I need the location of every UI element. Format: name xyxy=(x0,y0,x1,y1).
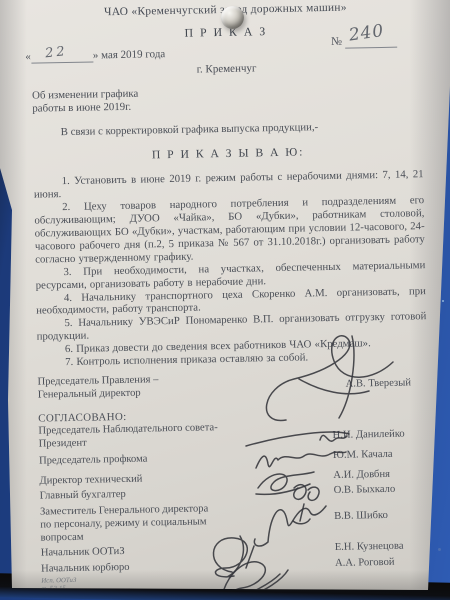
command-word: П Р И К А З Ы В А Ю: xyxy=(33,145,423,165)
signature-title: Председатель Правления – Генеральный дир… xyxy=(37,372,287,403)
board-speck xyxy=(438,548,441,551)
order-items: 1. Установить в июне 2019 г. режим работ… xyxy=(34,169,428,370)
signature-title: Главный бухгалтер xyxy=(40,486,290,504)
signer-name: Ю.М. Качала xyxy=(333,449,393,463)
paper-sheet: ЧАО «Кременчугский завод дорожных машин»… xyxy=(0,0,450,600)
signature-row-profkom: Председатель профкома Ю.М. Качала xyxy=(39,449,429,469)
handwritten-day: 22 xyxy=(44,46,68,61)
push-pin-icon xyxy=(221,6,244,29)
signature-row-director: Председатель Правления – Генеральный дир… xyxy=(37,369,427,402)
signer-name: А.И. Довбня xyxy=(333,469,390,483)
signature-title: Начальник ООТиЗ xyxy=(41,543,291,561)
order-number: № 240 xyxy=(331,34,397,48)
date-tail: » мая 2019 года xyxy=(93,48,166,61)
signer-name: Е.Н. Кузнецова xyxy=(335,541,404,555)
handwritten-number: 240 xyxy=(348,25,385,43)
signature-title: Председатель профкома xyxy=(39,451,289,469)
order-item-2: 2. Цеху товаров народного потребления и … xyxy=(34,194,425,266)
signature-title: Заместитель Генерального директора по пе… xyxy=(40,502,291,546)
number-label: № xyxy=(331,36,342,48)
signature-title: Председатель Наблюдательного совета- Пре… xyxy=(38,420,288,451)
date-line: «22» мая 2019 года xyxy=(25,48,165,64)
intro-paragraph: В связи с корректировкой графика выпуска… xyxy=(33,119,423,139)
date-blank: 22 xyxy=(31,50,93,63)
subject: Об изменении графика работы в июне 2019г… xyxy=(32,82,422,115)
signer-name: О.В. Быхкало xyxy=(334,484,396,498)
order-document: ЧАО «Кременчугский завод дорожных машин»… xyxy=(0,0,450,600)
signer-name: В.В. Шибко xyxy=(334,510,388,524)
signer-name: Н.И. Данилейко xyxy=(333,428,405,442)
photo-of-pinned-document: ЧАО «Кременчугский завод дорожных машин»… xyxy=(0,0,450,600)
board-speck xyxy=(442,300,444,302)
number-blank: 240 xyxy=(345,35,397,48)
signer-name: А.А. Роговой xyxy=(335,557,395,571)
signature-row-deputy-director: Заместитель Генерального директора по пе… xyxy=(40,499,431,545)
signer-name: А.В. Тверезый xyxy=(346,377,412,391)
